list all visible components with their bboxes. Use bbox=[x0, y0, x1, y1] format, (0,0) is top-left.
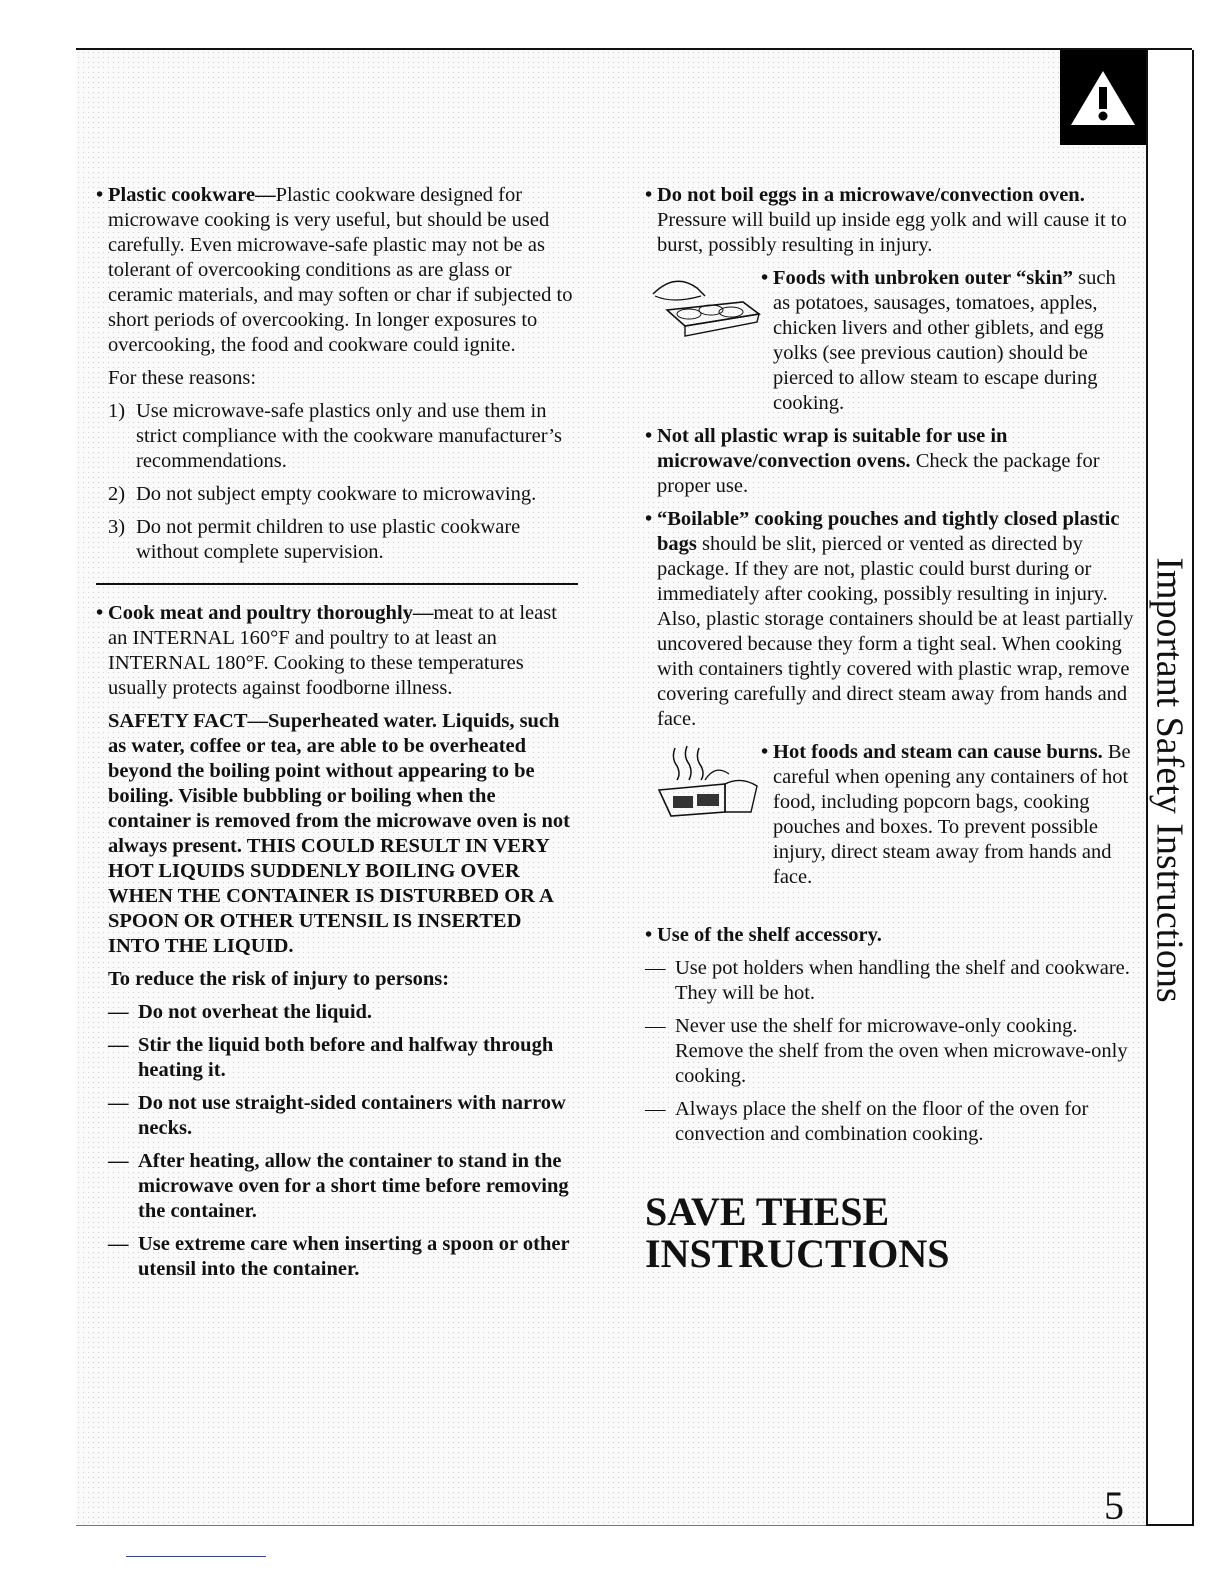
reason-number: 3) bbox=[108, 515, 125, 540]
hot-foods-item: • Hot foods and steam can cause burns. B… bbox=[645, 740, 1135, 915]
bottom-rule bbox=[76, 1525, 1148, 1526]
risk-item: —After heating, allow the container to s… bbox=[108, 1149, 578, 1224]
shelf-item: —Never use the shelf for microwave-only … bbox=[645, 1014, 1135, 1089]
warning-badge bbox=[1060, 50, 1146, 145]
reduce-risk-heading: To reduce the risk of injury to persons: bbox=[96, 967, 578, 992]
shelf-text: Never use the shelf for microwave-only c… bbox=[675, 1015, 1128, 1087]
risk-text: Use extreme care when inserting a spoon … bbox=[138, 1233, 569, 1280]
risk-text: After heating, allow the container to st… bbox=[138, 1150, 569, 1222]
plastic-wrap-item: • Not all plastic wrap is suitable for u… bbox=[645, 424, 1135, 499]
reasons-intro: For these reasons: bbox=[96, 366, 578, 391]
bullet: • bbox=[96, 601, 103, 626]
risk-text: Do not overheat the liquid. bbox=[138, 1001, 372, 1023]
risk-text: Do not use straight-sided containers wit… bbox=[138, 1092, 566, 1139]
risk-item: —Use extreme care when inserting a spoon… bbox=[108, 1232, 578, 1282]
dash: — bbox=[108, 1149, 129, 1174]
shelf-item: —Always place the shelf on the floor of … bbox=[645, 1097, 1135, 1147]
cook-meat-item: • Cook meat and poultry thoroughly—meat … bbox=[96, 601, 578, 701]
item-heading: Foods with unbroken outer “skin” bbox=[773, 267, 1073, 289]
reason-number: 2) bbox=[108, 482, 125, 507]
steaming-container-illustration-icon bbox=[645, 740, 763, 820]
link-underline[interactable] bbox=[126, 1556, 266, 1557]
bullet: • bbox=[96, 183, 103, 208]
bullet: • bbox=[645, 507, 652, 532]
item-text: such as potatoes, sausages, tomatoes, ap… bbox=[773, 267, 1116, 414]
dash: — bbox=[108, 1000, 129, 1025]
unbroken-skin-item: • Foods with unbroken outer “skin” such … bbox=[645, 266, 1135, 416]
right-column: • Do not boil eggs in a microwave/convec… bbox=[645, 183, 1135, 1275]
save-line-1: SAVE THESE bbox=[645, 1191, 1135, 1233]
bullet: • bbox=[761, 266, 768, 291]
shelf-text: Use pot holders when handling the shelf … bbox=[675, 957, 1130, 1004]
item-text: Pressure will build up inside egg yolk a… bbox=[657, 209, 1127, 256]
page-number: 5 bbox=[1104, 1482, 1124, 1529]
reason-item: 2) Do not subject empty cookware to micr… bbox=[108, 482, 578, 507]
dash: — bbox=[645, 1097, 666, 1122]
item-heading: Cook meat and poultry thoroughly— bbox=[108, 602, 433, 624]
item-heading: Do not boil eggs in a microwave/convecti… bbox=[657, 184, 1085, 206]
item-text: Be careful when opening any containers o… bbox=[773, 741, 1131, 888]
shelf-accessory-item: • Use of the shelf accessory. bbox=[645, 923, 1135, 948]
plastic-cookware-item: • Plastic cookware—Plastic cookware desi… bbox=[96, 183, 578, 358]
reason-number: 1) bbox=[108, 399, 125, 424]
potato-piercing-illustration-icon bbox=[645, 266, 763, 346]
boil-eggs-item: • Do not boil eggs in a microwave/convec… bbox=[645, 183, 1135, 258]
dash: — bbox=[108, 1033, 129, 1058]
risk-item: —Do not use straight-sided containers wi… bbox=[108, 1091, 578, 1141]
item-heading: Hot foods and steam can cause burns. bbox=[773, 741, 1103, 763]
risk-item: —Do not overheat the liquid. bbox=[108, 1000, 578, 1025]
section-title-vertical: Important Safety Instructions bbox=[1146, 540, 1194, 1020]
risk-text: Stir the liquid both before and halfway … bbox=[138, 1034, 553, 1081]
item-text: Plastic cookware designed for microwave … bbox=[108, 184, 572, 356]
bullet: • bbox=[645, 923, 652, 948]
safety-fact: SAFETY FACT—Superheated water. Liquids, … bbox=[96, 709, 578, 959]
top-rule bbox=[76, 48, 1192, 50]
shelf-item: —Use pot holders when handling the shelf… bbox=[645, 956, 1135, 1006]
bullet: • bbox=[645, 424, 652, 449]
dash: — bbox=[645, 1014, 666, 1039]
left-column: • Plastic cookware—Plastic cookware desi… bbox=[96, 183, 578, 1290]
reason-item: 1) Use microwave-safe plastics only and … bbox=[108, 399, 578, 474]
item-heading: Plastic cookware— bbox=[108, 184, 276, 206]
section-divider bbox=[96, 583, 578, 585]
warning-triangle-icon bbox=[1069, 67, 1137, 129]
risk-item: —Stir the liquid both before and halfway… bbox=[108, 1033, 578, 1083]
reason-item: 3) Do not permit children to use plastic… bbox=[108, 515, 578, 565]
bullet: • bbox=[761, 740, 768, 765]
item-heading: Use of the shelf accessory. bbox=[657, 924, 882, 946]
item-text: should be slit, pierced or vented as dir… bbox=[657, 533, 1134, 730]
shelf-text: Always place the shelf on the floor of t… bbox=[675, 1098, 1088, 1145]
dash: — bbox=[108, 1091, 129, 1116]
save-line-2: INSTRUCTIONS bbox=[645, 1233, 1135, 1275]
reason-text: Do not permit children to use plastic co… bbox=[136, 516, 520, 563]
dash: — bbox=[645, 956, 666, 981]
section-title-text: Important Safety Instructions bbox=[1148, 557, 1192, 1002]
reason-text: Use microwave-safe plastics only and use… bbox=[136, 400, 562, 472]
reason-text: Do not subject empty cookware to microwa… bbox=[136, 483, 536, 505]
dash: — bbox=[108, 1232, 129, 1257]
save-instructions-heading: SAVE THESE INSTRUCTIONS bbox=[645, 1191, 1135, 1275]
boilable-pouches-item: • “Boilable” cooking pouches and tightly… bbox=[645, 507, 1135, 732]
bullet: • bbox=[645, 183, 652, 208]
